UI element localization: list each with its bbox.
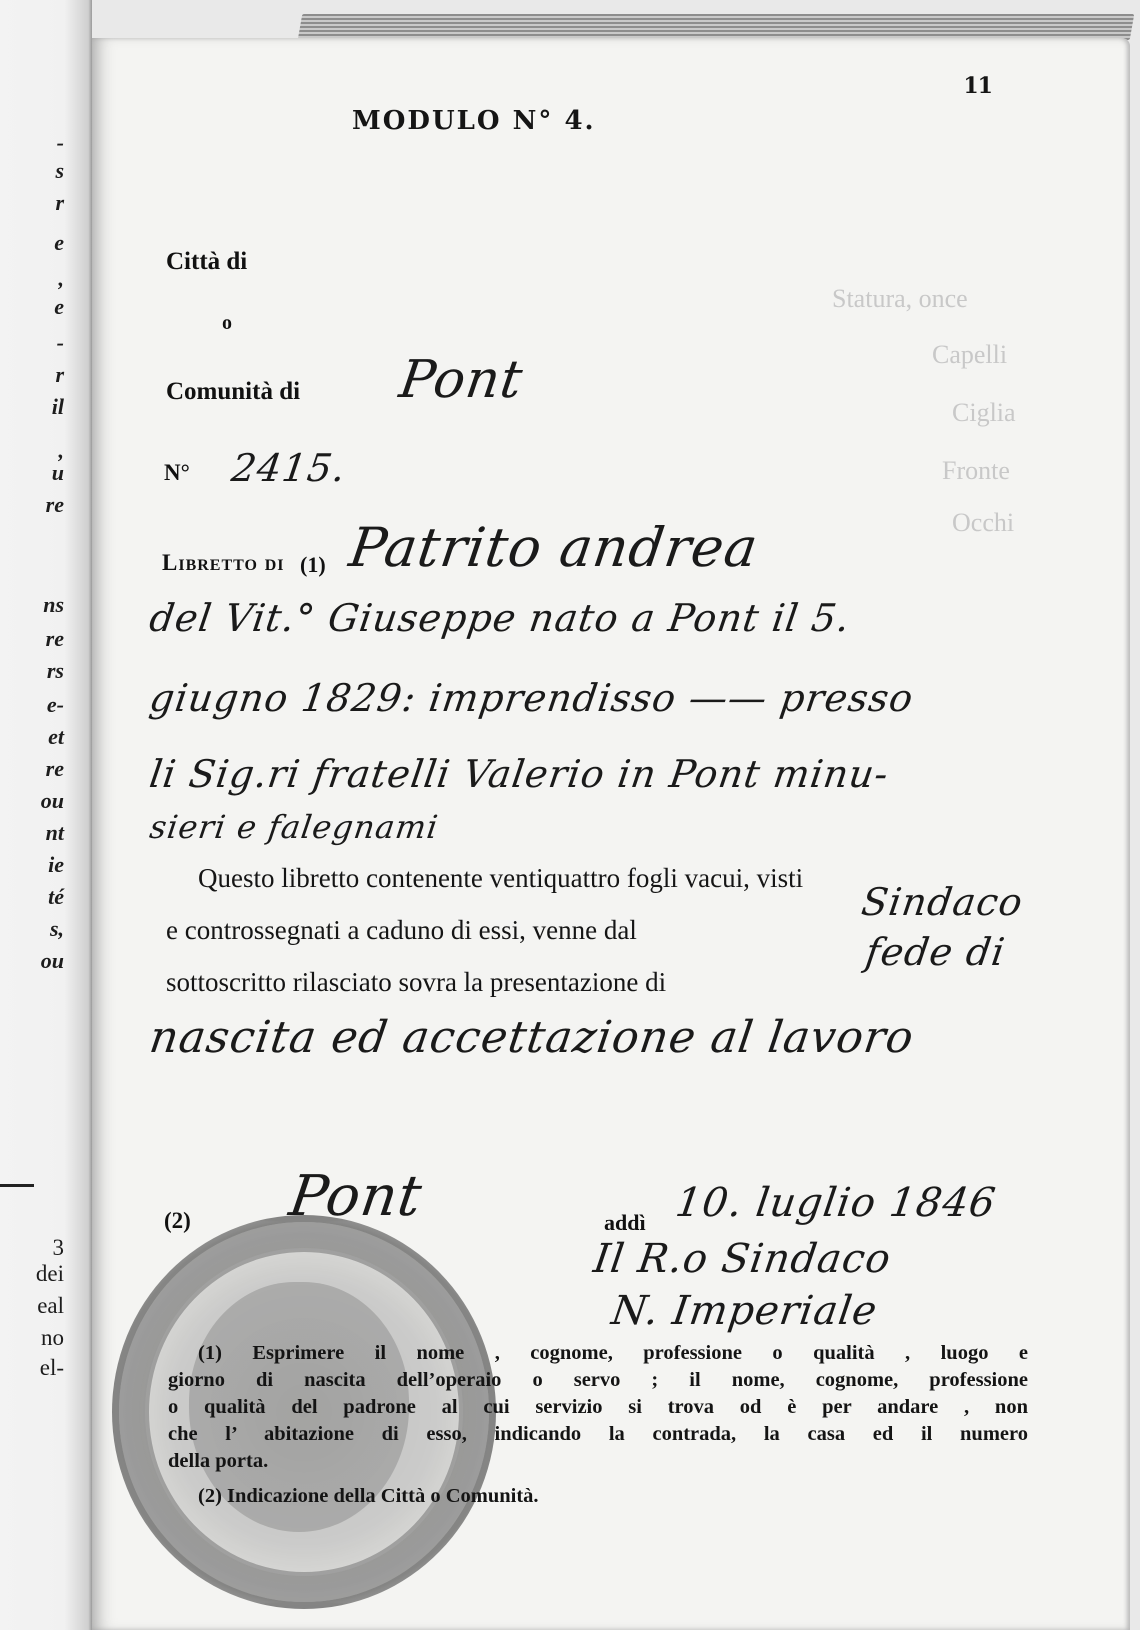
bleed-through-text: Statura, once (832, 284, 968, 314)
left-text-fragment: dei (36, 1262, 64, 1285)
left-page-rule (0, 1184, 34, 1187)
issuer-value: Sindaco (859, 880, 1026, 924)
libretto-footnote-ref: (1) (300, 552, 326, 578)
footnote-1-line: (1) Esprimere il nome , cognome, profess… (168, 1340, 1028, 1367)
footnote-1-line: della porta. (168, 1448, 1028, 1475)
page-stack-edge (298, 14, 1135, 40)
left-text-fragment: e (54, 232, 64, 254)
bleed-through-text: Capelli (932, 340, 1007, 370)
footnote-1-line: o qualità del padrone al cui servizio si… (168, 1394, 1028, 1421)
left-text-fragment: s (55, 160, 64, 182)
left-text-fragment: ns (43, 594, 64, 616)
bleed-through-text: Occhi (952, 508, 1014, 538)
left-text-fragment: il (52, 396, 64, 418)
handwritten-line: li Sig.ri fratelli Valerio in Pont minu- (147, 752, 892, 796)
comunita-label: Comunità di (166, 378, 300, 406)
body-line: e controssegnati a caduno di essi, venne… (166, 904, 637, 957)
left-text-fragment: e- (47, 694, 64, 716)
citta-label: Città di (166, 248, 247, 276)
left-text-fragment: ie (48, 854, 64, 876)
body-line: sottoscritto rilasciato sovra la present… (166, 956, 666, 1009)
left-text-fragment: - (57, 332, 64, 354)
left-text-fragment: nt (46, 822, 64, 844)
bleed-through-text: Ciglia (952, 398, 1016, 428)
signature-name: N. Imperiale (609, 1288, 881, 1334)
left-text-fragment: , (59, 268, 65, 290)
footnote-1-line: che l’ abitazione di esso, indicando la … (168, 1421, 1028, 1448)
left-text-fragment: r (55, 192, 64, 214)
holder-name: Patrito andrea (346, 516, 763, 579)
left-text-fragment: r (55, 364, 64, 386)
presentation-value: fede di (863, 930, 1008, 974)
left-text-fragment: u (52, 462, 64, 484)
handwritten-line: sieri e falegnami (147, 808, 441, 846)
left-text-fragment: - (57, 132, 64, 154)
numero-value: 2415. (229, 446, 349, 490)
date-value: 10. luglio 1846 (673, 1180, 999, 1226)
handwritten-line: del Vit.° Giuseppe nato a Pont il 5. (147, 596, 853, 640)
left-text-fragment: re (46, 758, 64, 780)
footnotes: (1) Esprimere il nome , cognome, profess… (168, 1340, 1028, 1510)
left-text-fragment: el- (40, 1356, 64, 1379)
libretto-label: Libretto di (162, 550, 285, 576)
bleed-through-text: Fronte (942, 456, 1010, 486)
handwritten-line: giugno 1829: imprendisso —— presso (147, 676, 916, 720)
left-text-fragment: rs (47, 660, 64, 682)
left-text-fragment: e (54, 296, 64, 318)
date-label: addì (604, 1210, 646, 1236)
footnote-1-line: giorno di nascita dell’operaio o servo ;… (168, 1367, 1028, 1394)
numero-label: N° (164, 460, 190, 486)
presentation-line: nascita ed accettazione al lavoro (146, 1012, 917, 1063)
left-text-fragment: no (41, 1326, 64, 1349)
left-text-fragment: s, (50, 918, 64, 940)
left-text-fragment: ou (41, 950, 64, 972)
comunita-value: Pont (396, 350, 527, 410)
left-text-fragment: re (46, 494, 64, 516)
left-text-fragment: té (48, 886, 64, 908)
left-text-fragment: , (59, 440, 65, 462)
body-line: Questo libretto contenente ventiquattro … (198, 852, 803, 905)
or-label: o (222, 312, 232, 335)
place-value: Pont (285, 1164, 426, 1229)
left-text-fragment: ou (41, 790, 64, 812)
page-number: 11 (963, 73, 992, 99)
left-text-fragment: 3 (53, 1236, 65, 1259)
signature-title: Il R.o Sindaco (591, 1236, 894, 1282)
place-footnote-ref: (2) (164, 1208, 191, 1234)
left-facing-page: - s r e , e - r il , u re ns re rs e- et… (0, 0, 92, 1630)
left-text-fragment: et (48, 726, 64, 748)
footnote-2: (2) Indicazione della Città o Comunità. (168, 1483, 1028, 1510)
left-text-fragment: eal (37, 1294, 64, 1317)
form-title: MODULO N° 4. (352, 106, 596, 136)
left-text-fragment: re (46, 628, 64, 650)
